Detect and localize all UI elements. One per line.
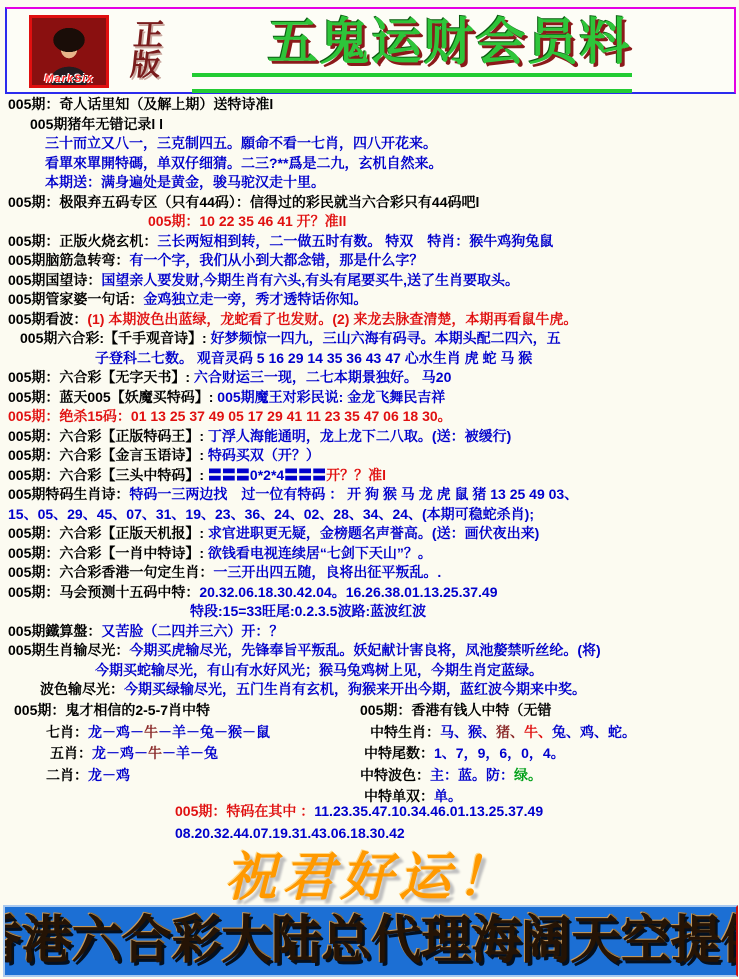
text-line: 005期：香港有钱人中特（无错 <box>352 700 739 722</box>
text-segment: 欲钱看电视连续居“七剑下天山”？。 <box>208 545 432 561</box>
text-segment: 中特尾数： <box>364 745 434 761</box>
text-line: 子登科二七数。 观音灵码 5 16 29 14 35 36 43 47 心水生肖… <box>0 349 739 369</box>
text-line: 005期：六合彩香港一句定生肖：一三开出四五随，良将出征平叛乱。. <box>0 563 739 583</box>
text-segment: 005期：鬼才相信的2-5-7肖中特 <box>14 702 210 718</box>
text-segment: 〓〓〓0*2*4〓〓〓 <box>208 467 326 483</box>
text-segment: 20.32.06.18.30.42.04。16.26.38.01.13.25.3… <box>199 584 497 600</box>
text-segment: 特码买双（开？） <box>208 447 320 463</box>
text-segment: 七肖： <box>46 724 88 740</box>
text-segment: 005期：奇人话里知（及解上期）送特诗准l <box>8 96 273 112</box>
text-segment: 龙－鸡－ <box>88 724 144 740</box>
text-segment: 今期买蛇输尽光，有山有水好风光；猴马兔鸡树上见，今期生肖定蓝绿。 <box>95 662 543 678</box>
text-segment: 005期国望诗： <box>8 272 101 288</box>
text-segment: 丁浮人海能通明，龙上龙下二八取。(送：被缓行) <box>208 428 511 444</box>
text-line: 五肖：龙－鸡－牛－羊－兔 <box>0 743 352 765</box>
text-segment: 中特生肖： <box>370 724 440 740</box>
page-title: 五鬼运财会员料 <box>177 15 722 69</box>
text-segment: 三十而立又八一，三克制四五。願命不看一七肖，四八开花来。 <box>45 135 437 151</box>
text-segment: 牛、 <box>524 724 552 740</box>
text-segment: 今期买虎输尽光，先锋奉旨平叛乱。妖妃献计害良将，凤池嫠禁听丝纶。(将) <box>129 642 600 658</box>
text-segment: 本期送：满身遍处是黄金，骏马驼汉走十里。 <box>45 174 325 190</box>
text-line: 005期：六合彩【正版天机报】: 求官进职更无疑，金榜题名声誉高。(送：画伏夜出… <box>0 524 739 544</box>
text-line: 005期鐵算盤：又苦脸（二四并三六）开：？ <box>0 622 739 642</box>
portrait-photo: MarkSix <box>29 15 109 88</box>
text-line: 中特波色：主：蓝。防：绿。 <box>352 765 739 787</box>
text-segment: 005期猪年无错记录l l <box>30 116 163 132</box>
text-line: 005期：六合彩【一肖中特诗】: 欲钱看电视连续居“七剑下天山”？。 <box>0 544 739 564</box>
main-text-block: 005期：奇人话里知（及解上期）送特诗准l005期猪年无错记录l l三十而立又八… <box>0 95 739 700</box>
text-segment: 今期买绿输尽光，五门生肖有玄机，狗猴来开出今期，蓝红波今期来中奖。 <box>124 681 586 697</box>
column-right: 005期：香港有钱人中特（无错中特生肖：马、猴、猪、牛、兔、鸡、蛇。中特尾数：1… <box>352 700 739 808</box>
text-segment: 005期脑筋急转弯： <box>8 252 129 268</box>
text-segment: 005期：六合彩【无字天书】: <box>8 369 194 385</box>
text-segment: 005期：六合彩【正版天机报】: <box>8 525 208 541</box>
text-segment: 牛 <box>148 745 162 761</box>
text-segment: 一三开出四五随，良将出征平叛乱。. <box>213 564 441 580</box>
text-line: 中特尾数：1、7，9，6，0，4。 <box>352 743 739 765</box>
text-line: 005期：六合彩【三头中特码】: 〓〓〓0*2*4〓〓〓开？？准l <box>0 466 739 486</box>
text-segment: －羊－兔 <box>162 745 218 761</box>
text-segment: 005期：10 22 35 46 41 开？准ll <box>148 213 346 229</box>
text-segment: 005期鐵算盤： <box>8 623 101 639</box>
text-line: 005期六合彩:【千手观音诗】: 好梦频惊一四九，三山六海有码寻。本期头配二四六… <box>0 329 739 349</box>
footer-banner-text: 香港六合彩大陆总代理海阔天空提供 <box>3 911 738 971</box>
text-segment: 好梦频惊一四九，三山六海有码寻。本期头配二四六，五 <box>211 330 561 346</box>
text-segment: 005期：六合彩【三头中特码】: <box>8 467 208 483</box>
text-line: 005期管家婆一句话：金鸡独立走一旁，秀才透特话你知。 <box>0 290 739 310</box>
footer-banner: 香港六合彩大陆总代理海阔天空提供 <box>3 905 738 977</box>
text-line: 005期：马会预测十五码中特：20.32.06.18.30.42.04。16.2… <box>0 583 739 603</box>
text-segment: 看單來單開特碼，单双仔细猜。二三?**爲是二九，玄机自然来。 <box>45 155 442 171</box>
text-line: 005期：鬼才相信的2-5-7肖中特 <box>0 700 352 722</box>
text-segment: 005期：马会预测十五码中特： <box>8 584 199 600</box>
edition-label: 正版 <box>122 21 172 81</box>
text-line: 005期：特码在其中 ：11.23.35.47.10.34.46.01.13.2… <box>0 800 739 822</box>
text-line: 005期：绝杀15码：01 13 25 37 49 05 17 29 41 11… <box>0 407 739 427</box>
text-segment: 绿。 <box>514 767 542 783</box>
text-segment: 六合财运三一现，二七本期景独好。 马20 <box>194 369 451 385</box>
text-segment: (1) 本期波色出蓝绿，龙蛇看了也发财。(2) 来龙去脉查清楚，本期再看鼠牛虎。 <box>87 311 577 327</box>
text-segment: 牛 <box>144 724 158 740</box>
text-segment: 005期生肖输尽光： <box>8 642 129 658</box>
text-line: 005期国望诗：国望亲人要发财,今期生肖有六头,有头有尾要买牛,送了生肖要取头。 <box>0 271 739 291</box>
column-left: 005期：鬼才相信的2-5-7肖中特七肖：龙－鸡－牛－羊－兔－猴－鼠五肖：龙－鸡… <box>0 700 352 808</box>
text-segment: 005期：六合彩【金言玉语诗】: <box>8 447 208 463</box>
two-column-block: 005期：鬼才相信的2-5-7肖中特七肖：龙－鸡－牛－羊－兔－猴－鼠五肖：龙－鸡… <box>0 700 739 808</box>
text-segment: 马、猴、 <box>440 724 496 740</box>
text-segment: 005期特码生肖诗： <box>8 486 129 502</box>
text-segment: 求官进职更无疑，金榜题名声誉高。(送：画伏夜出来) <box>208 525 539 541</box>
text-segment: 005期：六合彩【一肖中特诗】: <box>8 545 208 561</box>
text-line: 看單來單開特碼，单双仔细猜。二三?**爲是二九，玄机自然来。 <box>0 154 739 174</box>
text-segment: 005期：蓝天005【妖魔买特码】: <box>8 389 217 405</box>
portrait-caption: MarkSix <box>32 73 106 85</box>
text-segment: 005期：特码在其中 ： <box>175 803 314 819</box>
text-segment: 三长两短相到转，二一做五时有数。 特双 特肖：猴牛鸡狗兔鼠 <box>157 233 553 249</box>
text-segment: －羊－兔－猴－鼠 <box>158 724 270 740</box>
text-segment: 005期魔王对彩民说: 金龙飞舞民吉祥 <box>217 389 445 405</box>
text-segment: 主：蓝。防： <box>430 767 514 783</box>
text-segment: 005期：六合彩香港一句定生肖： <box>8 564 213 580</box>
text-line: 005期：极限弃五码专区（只有44码）：信得过的彩民就当六合彩只有44码吧l <box>0 193 739 213</box>
text-line: 15、05、29、45、07、31、19、23、36、24、02、28、34、2… <box>0 505 739 525</box>
text-segment: 005期：香港有钱人中特（无错 <box>360 702 551 718</box>
text-segment: 又苦脸（二四并三六）开：？ <box>101 623 283 639</box>
text-segment: 开？？准l <box>326 467 386 483</box>
text-segment: 猪、 <box>496 724 524 740</box>
text-segment: 11.23.35.47.10.34.46.01.13.25.37.49 <box>314 803 543 819</box>
text-line: 本期送：满身遍处是黄金，骏马驼汉走十里。 <box>0 173 739 193</box>
text-line: 七肖：龙－鸡－牛－羊－兔－猴－鼠 <box>0 722 352 744</box>
text-line: 三十而立又八一，三克制四五。願命不看一七肖，四八开花来。 <box>0 134 739 154</box>
text-line: 二肖：龙－鸡 <box>0 765 352 787</box>
text-segment: 1、7，9，6，0，4。 <box>434 745 565 761</box>
text-line: 中特生肖：马、猴、猪、牛、兔、鸡、蛇。 <box>352 722 739 744</box>
text-segment: 中特波色： <box>360 767 430 783</box>
text-line: 005期脑筋急转弯：有一个字，我们从小到大都念错，那是什么字？ <box>0 251 739 271</box>
text-segment: 特码一三两边找 过一位有特码 ： 开 狗 猴 马 龙 虎 鼠 猪 13 25 4… <box>129 486 578 502</box>
text-segment: 兔、鸡、蛇。 <box>552 724 636 740</box>
text-segment: 15、05、29、45、07、31、19、23、36、24、02、28、34、2… <box>8 506 534 522</box>
text-line: 特段:15=33旺尾:0.2.3.5波路:蓝波红波 <box>0 602 739 622</box>
text-segment: 005期：极限弃五码专区（只有44码）：信得过的彩民就当六合彩只有44码吧l <box>8 194 479 210</box>
text-line: 005期：10 22 35 46 41 开？准ll <box>0 212 739 232</box>
text-segment: 005期：正版火烧玄机： <box>8 233 157 249</box>
text-line: 005期猪年无错记录l l <box>0 115 739 135</box>
text-segment: 二肖： <box>46 767 88 783</box>
text-line: 005期：六合彩【无字天书】: 六合财运三一现，二七本期景独好。 马20 <box>0 368 739 388</box>
text-segment: 005期六合彩:【千手观音诗】: <box>20 330 211 346</box>
text-segment: 有一个字，我们从小到大都念错，那是什么字？ <box>129 252 423 268</box>
text-line: 005期看波：(1) 本期波色出蓝绿，龙蛇看了也发财。(2) 来龙去脉查清楚，本… <box>0 310 739 330</box>
text-line: 005期：六合彩【金言玉语诗】: 特码买双（开？） <box>0 446 739 466</box>
text-segment: 龙－鸡 <box>88 767 130 783</box>
text-line: 005期：蓝天005【妖魔买特码】: 005期魔王对彩民说: 金龙飞舞民吉祥 <box>0 388 739 408</box>
text-segment: 子登科二七数。 观音灵码 5 16 29 14 35 36 43 47 心水生肖… <box>95 350 532 366</box>
header: MarkSix 正版 五鬼运财会员料 <box>5 7 736 94</box>
text-segment: 波色输尽光： <box>40 681 124 697</box>
text-segment: 005期管家婆一句话： <box>8 291 143 307</box>
text-segment: 005期：绝杀15码：01 13 25 37 49 05 17 29 41 11… <box>8 408 452 424</box>
wish-text: 祝君好运！ <box>0 835 739 910</box>
text-segment: 005期：六合彩【正版特码王】: <box>8 428 208 444</box>
title-underline <box>192 73 632 93</box>
text-segment: 龙－鸡－ <box>92 745 148 761</box>
text-segment: 国望亲人要发财,今期生肖有六头,有头有尾要买牛,送了生肖要取头。 <box>101 272 519 288</box>
text-line: 005期：六合彩【正版特码王】: 丁浮人海能通明，龙上龙下二八取。(送：被缓行) <box>0 427 739 447</box>
text-segment: 五肖： <box>50 745 92 761</box>
text-line: 005期：奇人话里知（及解上期）送特诗准l <box>0 95 739 115</box>
text-segment: 005期看波： <box>8 311 87 327</box>
text-segment: 金鸡独立走一旁，秀才透特话你知。 <box>143 291 367 307</box>
text-line: 005期特码生肖诗：特码一三两边找 过一位有特码 ： 开 狗 猴 马 龙 虎 鼠… <box>0 485 739 505</box>
text-segment: 特段:15=33旺尾:0.2.3.5波路:蓝波红波 <box>190 603 426 619</box>
text-line: 005期：正版火烧玄机：三长两短相到转，二一做五时有数。 特双 特肖：猴牛鸡狗兔… <box>0 232 739 252</box>
lottery-tip-sheet: MarkSix 正版 五鬼运财会员料 005期：奇人话里知（及解上期）送特诗准l… <box>0 0 739 979</box>
text-line: 波色输尽光：今期买绿输尽光，五门生肖有玄机，狗猴来开出今期，蓝红波今期来中奖。 <box>0 680 739 700</box>
text-line: 今期买蛇输尽光，有山有水好风光；猴马兔鸡树上见，今期生肖定蓝绿。 <box>0 661 739 681</box>
text-line: 005期生肖输尽光：今期买虎输尽光，先锋奉旨平叛乱。妖妃献计害良将，凤池嫠禁听丝… <box>0 641 739 661</box>
